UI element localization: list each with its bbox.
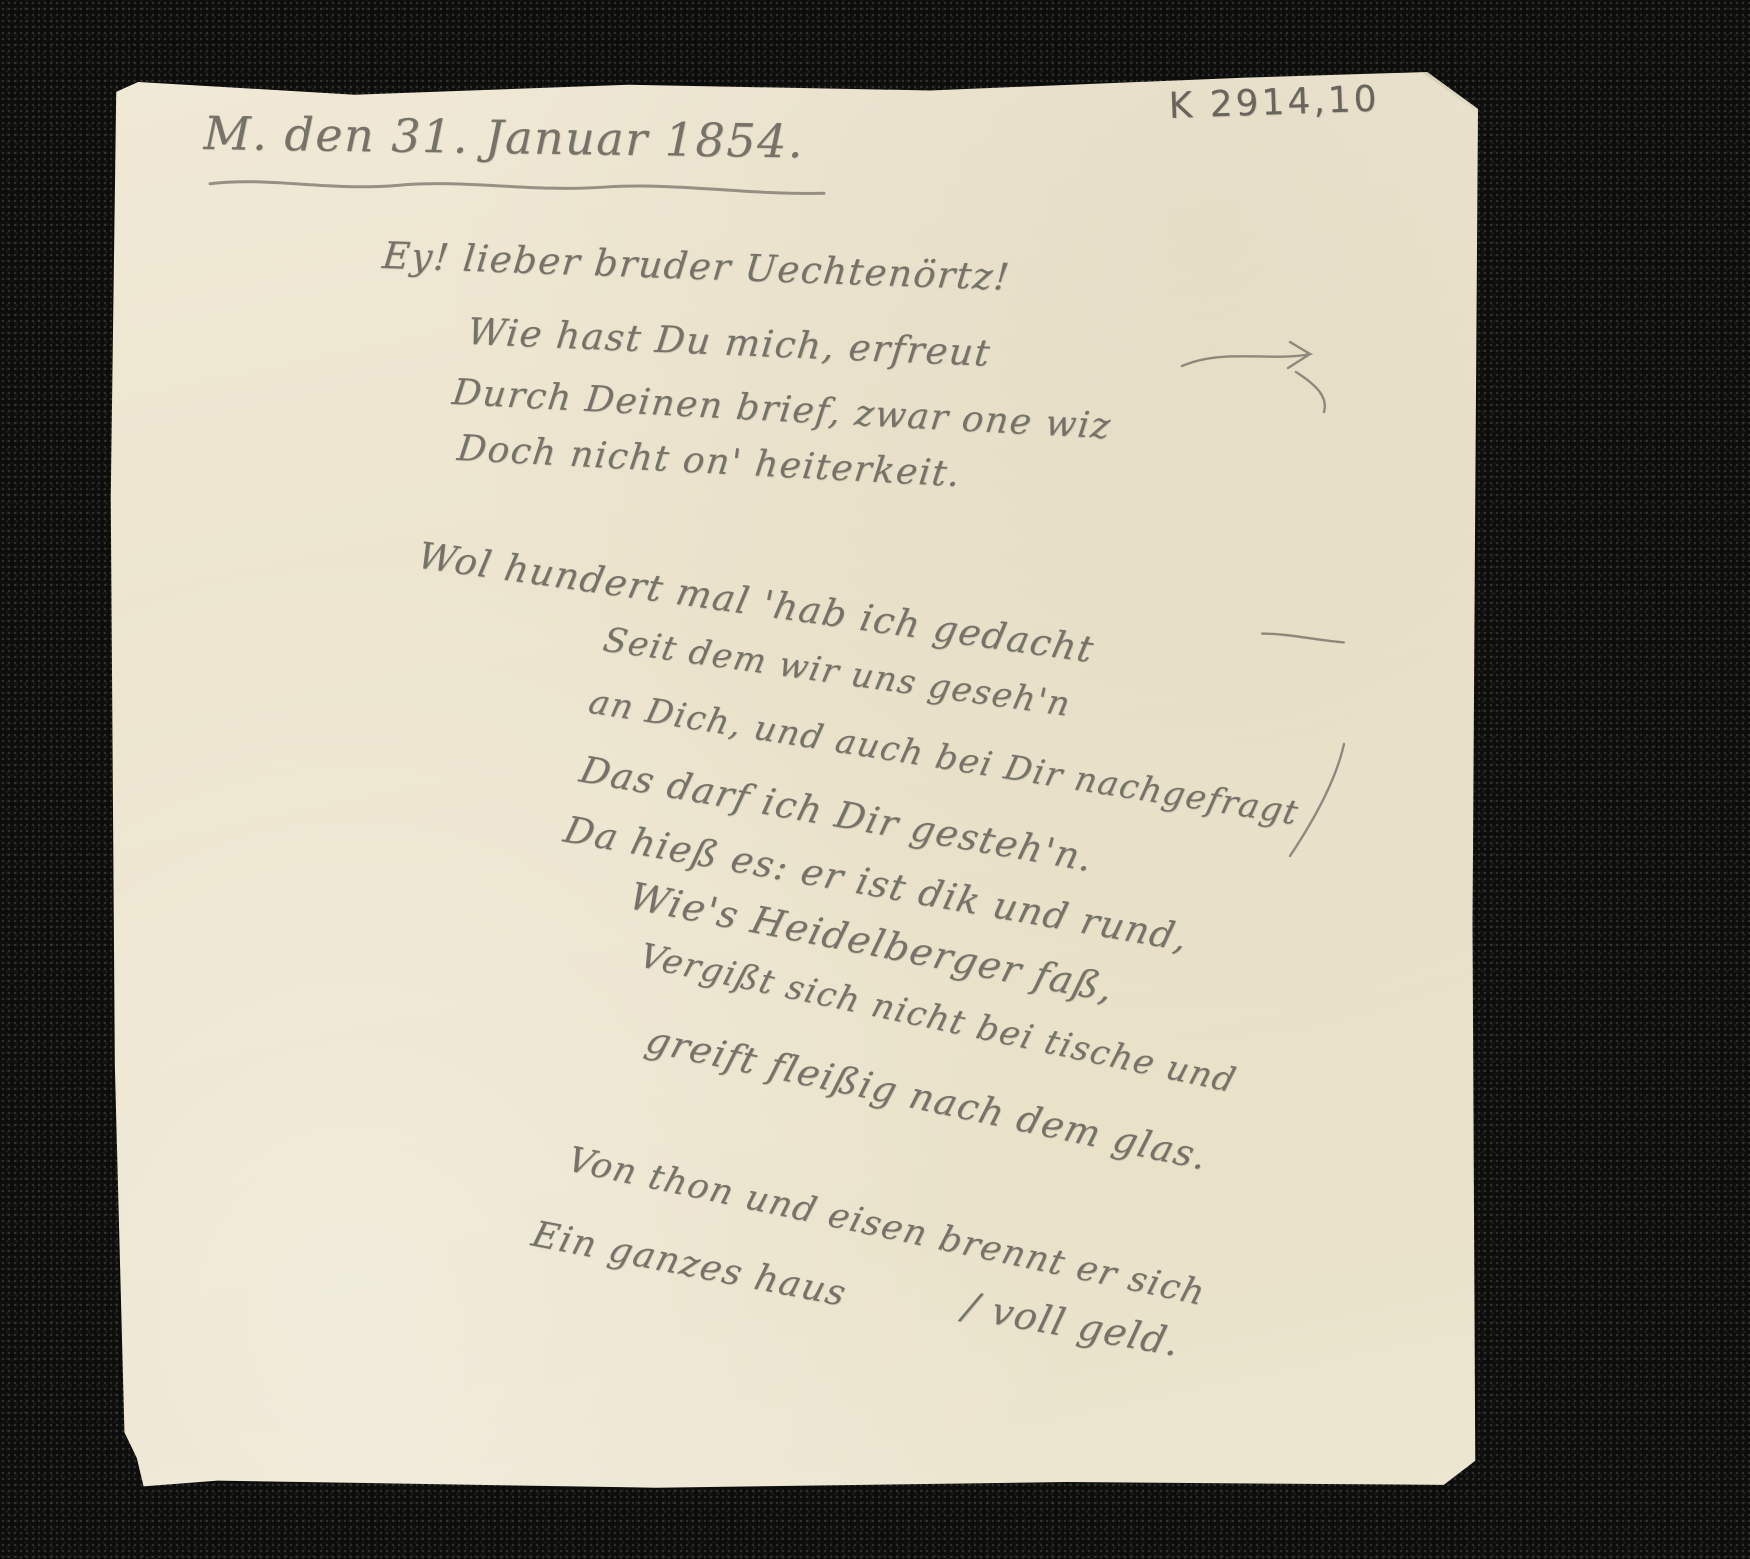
scan-background: K 2914,10 M. den 31. Januar 1854. Ey! li…: [0, 0, 1750, 1559]
dateline-text: M. den 31. Januar 1854.: [203, 106, 804, 168]
poem-line: Wie hast Du mich, erfreut: [465, 310, 993, 375]
catalog-number: K 2914,10: [1168, 79, 1380, 127]
poem-line: Doch nicht on' heiterkeit.: [455, 428, 963, 495]
poem-line: Ey! lieber bruder Uechtenörtz!: [380, 234, 1012, 299]
folded-corner: [1422, 72, 1478, 114]
dateline-underline: [208, 172, 828, 203]
pen-dash: [1257, 621, 1349, 655]
pen-swash: [1286, 740, 1356, 860]
poem-line: Von thon und eisen brennt er sich: [563, 1140, 1210, 1314]
manuscript-paper: K 2914,10 M. den 31. Januar 1854. Ey! li…: [108, 72, 1478, 1492]
pen-flourish-arrow: [1178, 328, 1368, 418]
